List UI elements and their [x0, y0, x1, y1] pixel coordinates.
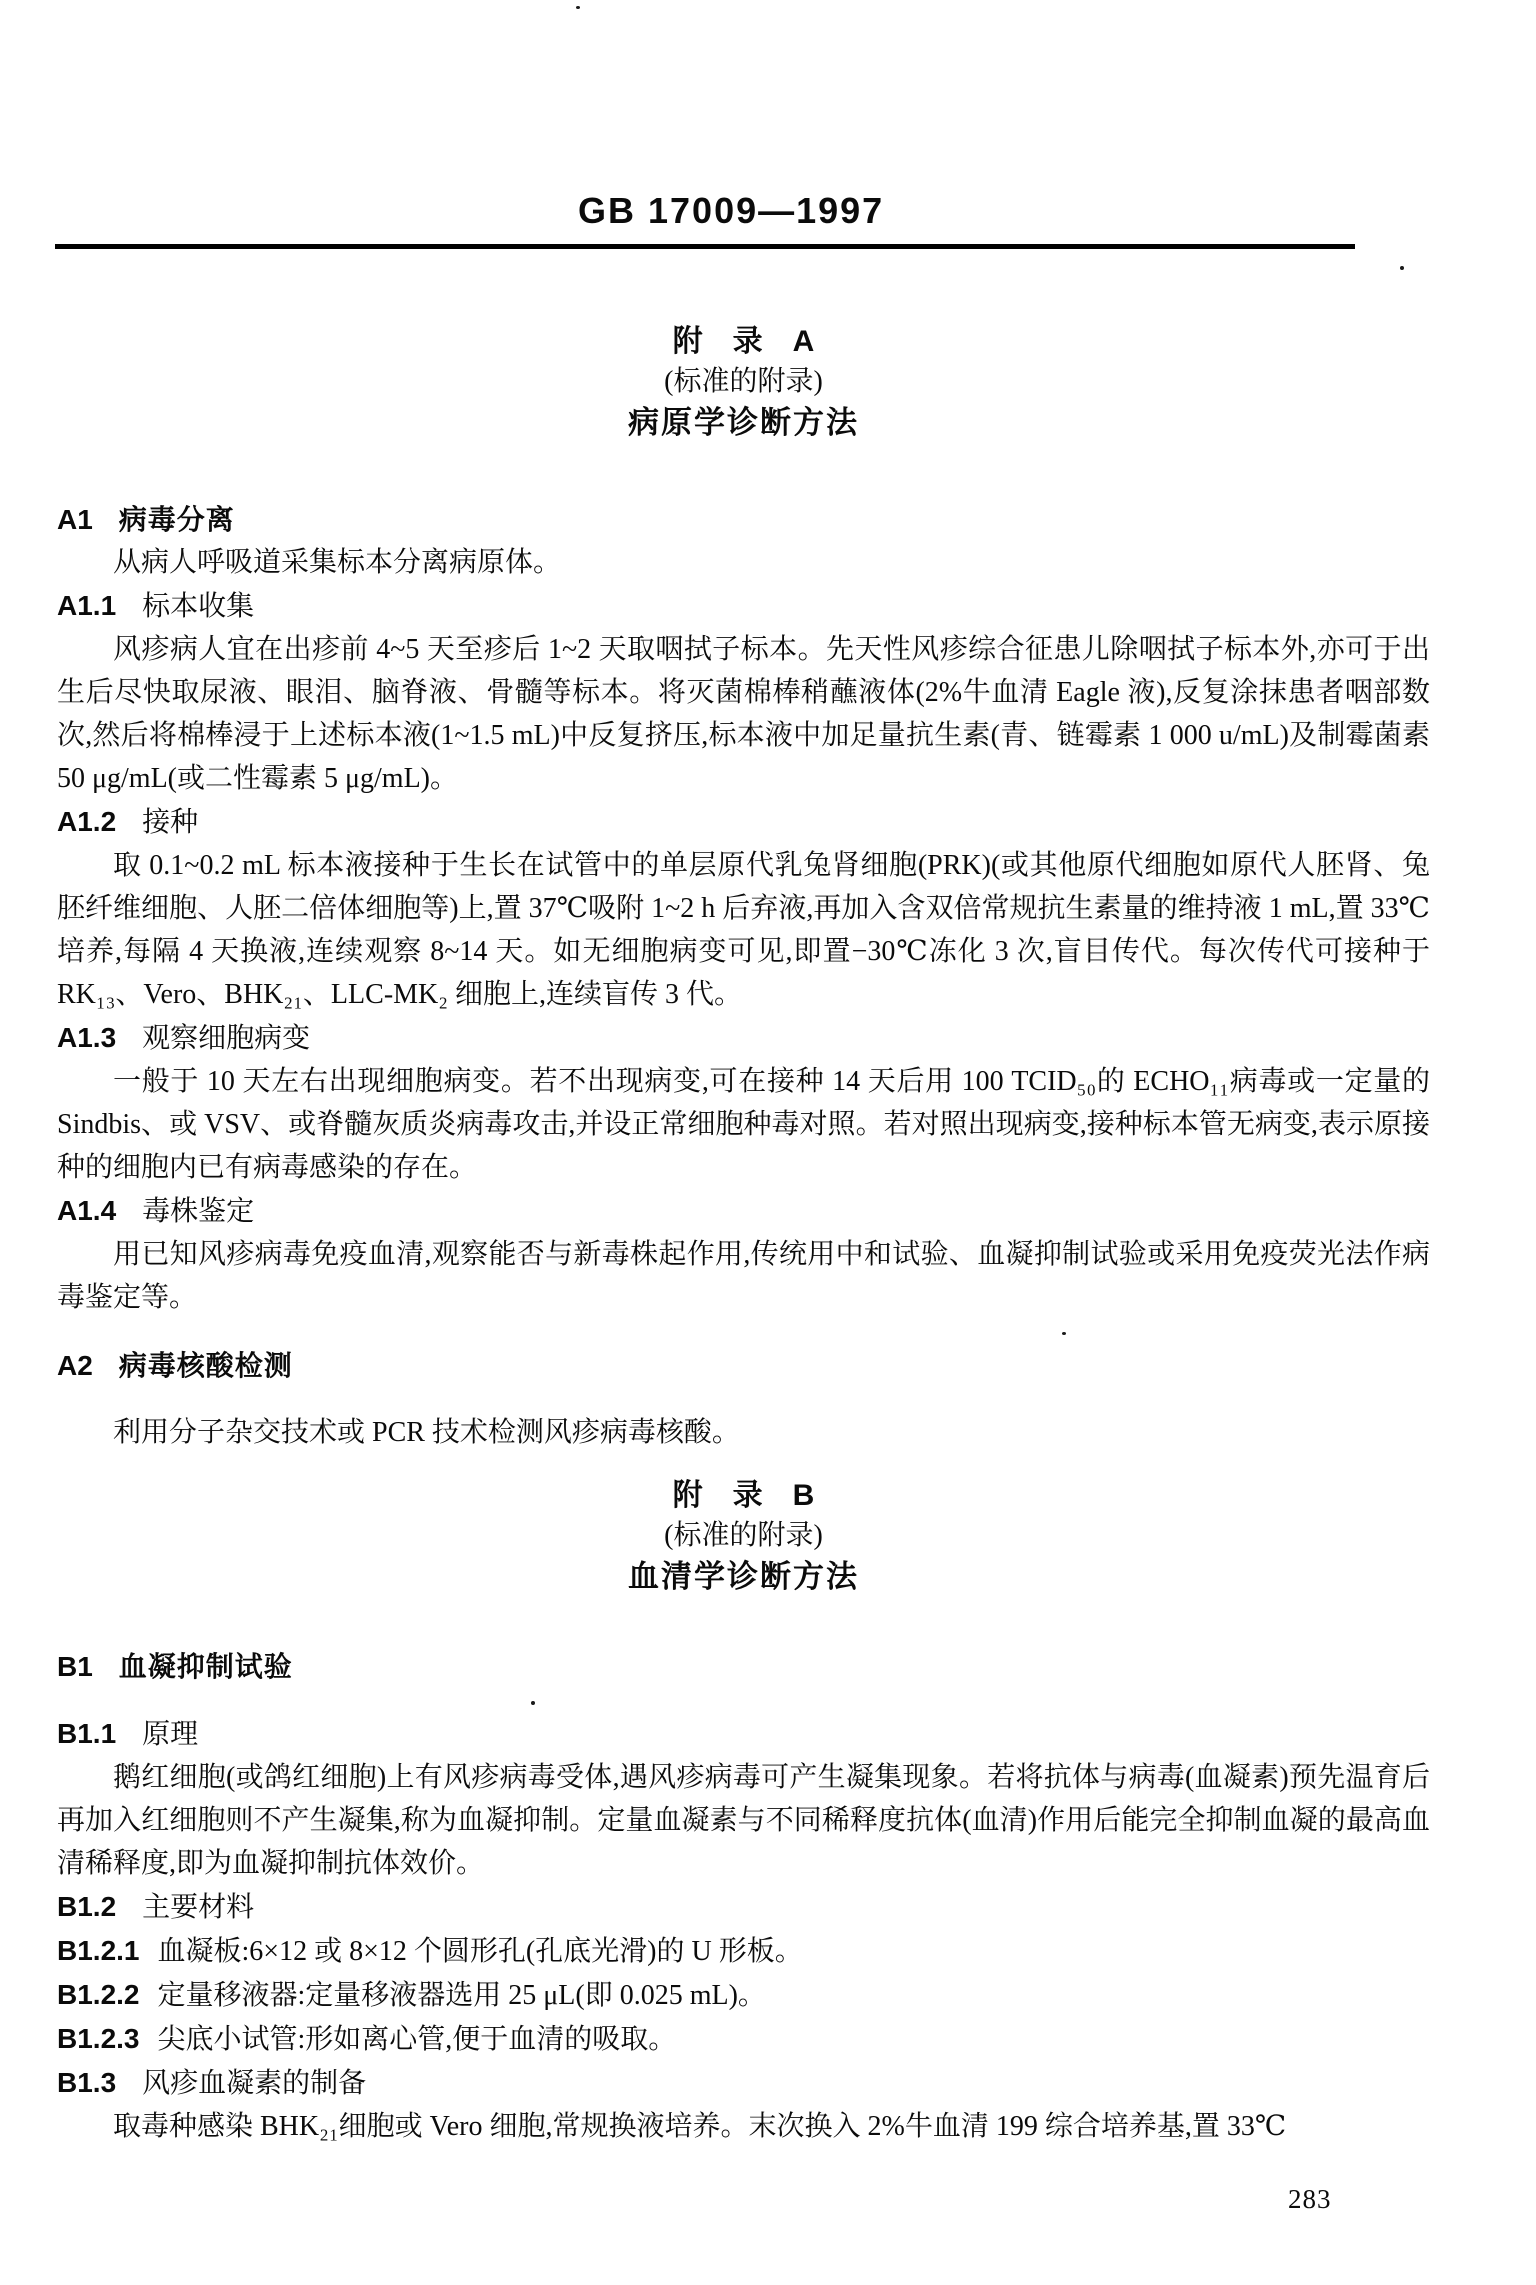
clause-b1-2-1: B1.2.1血凝板:6×12 或 8×12 个圆形孔(孔底光滑)的 U 形板。 [57, 1929, 1430, 1973]
clause-text: 血凝板:6×12 或 8×12 个圆形孔(孔底光滑)的 U 形板。 [158, 1936, 803, 1967]
section-heading-a1-4: A1.4毒株鉴定 [57, 1189, 1430, 1233]
paragraph-a1-2: 取 0.1~0.2 mL 标本液接种于生长在试管中的单层原代乳兔肾细胞(PRK)… [57, 844, 1430, 1016]
clause-title: 原理 [142, 1719, 198, 1750]
clause-number: B1.3 [57, 2067, 116, 2098]
paragraph-b1-3: 取毒种感染 BHK₂₁细胞或 Vero 细胞,常规换液培养。末次换入 2%牛血清… [57, 2105, 1430, 2148]
clause-number: B1.2.3 [57, 2023, 140, 2054]
clause-title: 病毒分离 [119, 504, 235, 535]
clause-text: 尖底小试管:形如离心管,便于血清的吸取。 [158, 2024, 677, 2055]
clause-number: B1.1 [57, 1718, 116, 1749]
document-page: GB 17009—1997 附 录 A (标准的附录) 病原学诊断方法 A1病毒… [0, 0, 1536, 2285]
scan-artifact-dot [576, 6, 580, 9]
paragraph-a1-3: 一般于 10 天左右出现细胞病变。若不出现病变,可在接种 14 天后用 100 … [57, 1060, 1430, 1189]
appendix-a-title: 附 录 A [57, 322, 1430, 362]
clause-number: A1.2 [57, 806, 116, 837]
header-rule [55, 244, 1355, 249]
section-heading-a1-2: A1.2接种 [57, 800, 1430, 844]
paragraph-a2: 利用分子杂交技术或 PCR 技术检测风疹病毒核酸。 [57, 1411, 1430, 1454]
clause-number: B1.2.2 [57, 1979, 140, 2010]
clause-title: 主要材料 [142, 1892, 254, 1923]
appendix-b-title: 附 录 B [57, 1476, 1430, 1516]
clause-title: 病毒核酸检测 [119, 1350, 293, 1381]
section-heading-b1-1: B1.1原理 [57, 1712, 1430, 1756]
page-content: 附 录 A (标准的附录) 病原学诊断方法 A1病毒分离 从病人呼吸道采集标本分… [57, 252, 1430, 2148]
clause-title: 标本收集 [142, 591, 254, 622]
clause-title: 观察细胞病变 [142, 1023, 310, 1054]
section-heading-a1-1: A1.1标本收集 [57, 584, 1430, 628]
clause-number: B1.2.1 [57, 1935, 140, 1966]
clause-title: 接种 [142, 807, 198, 838]
appendix-b-name: 血清学诊断方法 [57, 1556, 1430, 1598]
paragraph-a1-intro: 从病人呼吸道采集标本分离病原体。 [57, 541, 1430, 584]
section-heading-b1-3: B1.3风疹血凝素的制备 [57, 2061, 1430, 2105]
clause-b1-2-3: B1.2.3尖底小试管:形如离心管,便于血清的吸取。 [57, 2017, 1430, 2061]
appendix-b-subtitle: (标准的附录) [57, 1516, 1430, 1556]
clause-title: 风疹血凝素的制备 [142, 2068, 366, 2099]
clause-number: A2 [57, 1350, 93, 1381]
standard-code: GB 17009—1997 [578, 190, 884, 232]
clause-number: A1.4 [57, 1195, 116, 1226]
section-heading-b1-2: B1.2主要材料 [57, 1885, 1430, 1929]
clause-number: B1.2 [57, 1891, 116, 1922]
clause-number: A1.1 [57, 590, 116, 621]
section-heading-a1: A1病毒分离 [57, 498, 1430, 541]
clause-number: A1.3 [57, 1022, 116, 1053]
appendix-a-name: 病原学诊断方法 [57, 402, 1430, 444]
appendix-b-title-block: 附 录 B (标准的附录) 血清学诊断方法 [57, 1476, 1430, 1598]
section-heading-b1: B1血凝抑制试验 [57, 1645, 1430, 1688]
page-number: 283 [1288, 2184, 1332, 2215]
section-heading-a2: A2病毒核酸检测 [57, 1344, 1430, 1387]
clause-text: 定量移液器:定量移液器选用 25 μL(即 0.025 mL)。 [158, 1980, 766, 2011]
paragraph-b1-1: 鹅红细胞(或鸽红细胞)上有风疹病毒受体,遇风疹病毒可产生凝集现象。若将抗体与病毒… [57, 1756, 1430, 1885]
paragraph-a1-4: 用已知风疹病毒免疫血清,观察能否与新毒株起作用,传统用中和试验、血凝抑制试验或采… [57, 1233, 1430, 1319]
section-heading-a1-3: A1.3观察细胞病变 [57, 1016, 1430, 1060]
appendix-a-title-block: 附 录 A (标准的附录) 病原学诊断方法 [57, 322, 1430, 444]
clause-number: A1 [57, 504, 93, 535]
clause-title: 毒株鉴定 [142, 1196, 254, 1227]
clause-number: B1 [57, 1651, 93, 1682]
clause-title: 血凝抑制试验 [119, 1651, 293, 1682]
paragraph-a1-1: 风疹病人宜在出疹前 4~5 天至疹后 1~2 天取咽拭子标本。先天性风疹综合征患… [57, 628, 1430, 800]
clause-b1-2-2: B1.2.2定量移液器:定量移液器选用 25 μL(即 0.025 mL)。 [57, 1973, 1430, 2017]
appendix-a-subtitle: (标准的附录) [57, 362, 1430, 402]
